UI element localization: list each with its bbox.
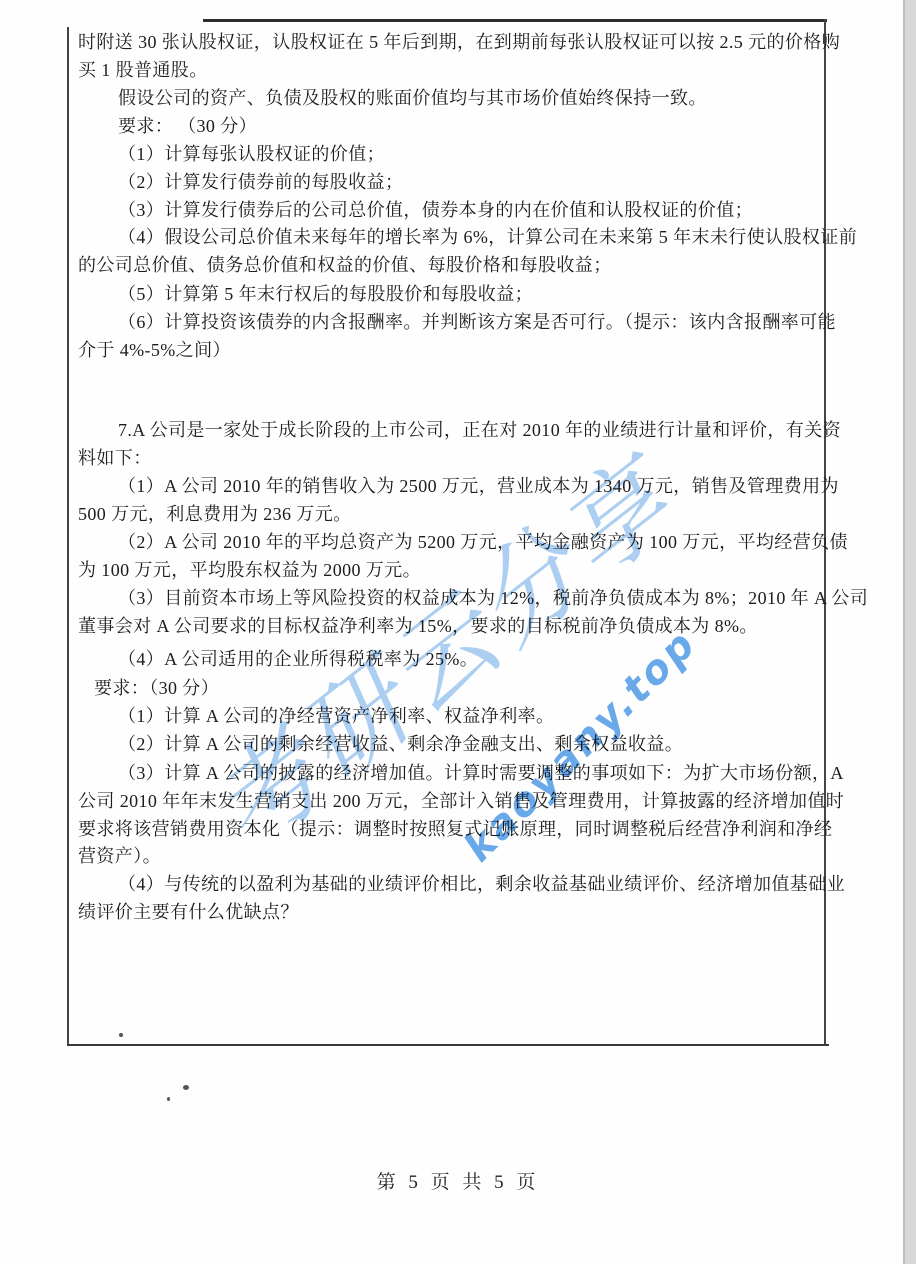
text-line: （3）计算发行债券后的公司总价值，债券本身的内在价值和认股权证的价值； (78, 198, 753, 222)
text-line: 500 万元，利息费用为 236 万元。 (78, 502, 352, 526)
text-line: 时附送 30 张认股权证，认股权证在 5 年后到期，在到期前每张认股权证可以按 … (78, 30, 840, 54)
text-line: （4）假设公司总价值未来每年的增长率为 6%，计算公司在未来第 5 年末未行使认… (78, 225, 857, 249)
text-line: 要求：（30 分） (78, 676, 219, 700)
text-line: （1）A 公司 2010 年的销售收入为 2500 万元，营业成本为 1340 … (78, 474, 839, 498)
text-line: 要求： （30 分） (78, 114, 257, 138)
text-line: （4）与传统的以盈利为基础的业绩评价相比，剩余收益基础业绩评价、经济增加值基础业 (78, 872, 845, 896)
text-line: 为 100 万元，平均股东权益为 2000 万元。 (78, 558, 421, 582)
text-line: 绩评价主要有什么优缺点？ (78, 900, 299, 924)
page-number-footer: 第 5 页 共 5 页 (0, 1167, 916, 1194)
text-line: 买 1 股普通股。 (78, 58, 208, 82)
text-line: （2）计算发行债券前的每股收益； (78, 170, 403, 194)
text-line: （5）计算第 5 年末行权后的每股股价和每股收益； (78, 282, 533, 306)
text-line: 7.A 公司是一家处于成长阶段的上市公司，正在对 2010 年的业绩进行计量和评… (78, 418, 841, 442)
page-border-left (67, 27, 69, 1046)
scan-shadow-band (903, 0, 916, 1264)
ink-speck (167, 1097, 170, 1101)
text-line: 假设公司的资产、负债及股权的账面价值均与其市场价值始终保持一致。 (78, 86, 707, 110)
text-line: 营资产）。 (78, 844, 161, 868)
text-line: （1）计算每张认股权证的价值； (78, 142, 385, 166)
text-line: 的公司总价值、债务总价值和权益的价值、每股价格和每股收益； (78, 253, 612, 277)
text-line: 介于 4%-5%之间） (78, 338, 231, 362)
ink-speck (183, 1085, 189, 1090)
text-line: 料如下： (78, 446, 152, 470)
ink-speck (119, 1033, 123, 1037)
exam-page-scan: 时附送 30 张认股权证，认股权证在 5 年后到期，在到期前每张认股权证可以按 … (0, 0, 916, 1264)
text-line: （6）计算投资该债券的内含报酬率。并判断该方案是否可行。（提示：该内含报酬率可能 (78, 310, 836, 334)
